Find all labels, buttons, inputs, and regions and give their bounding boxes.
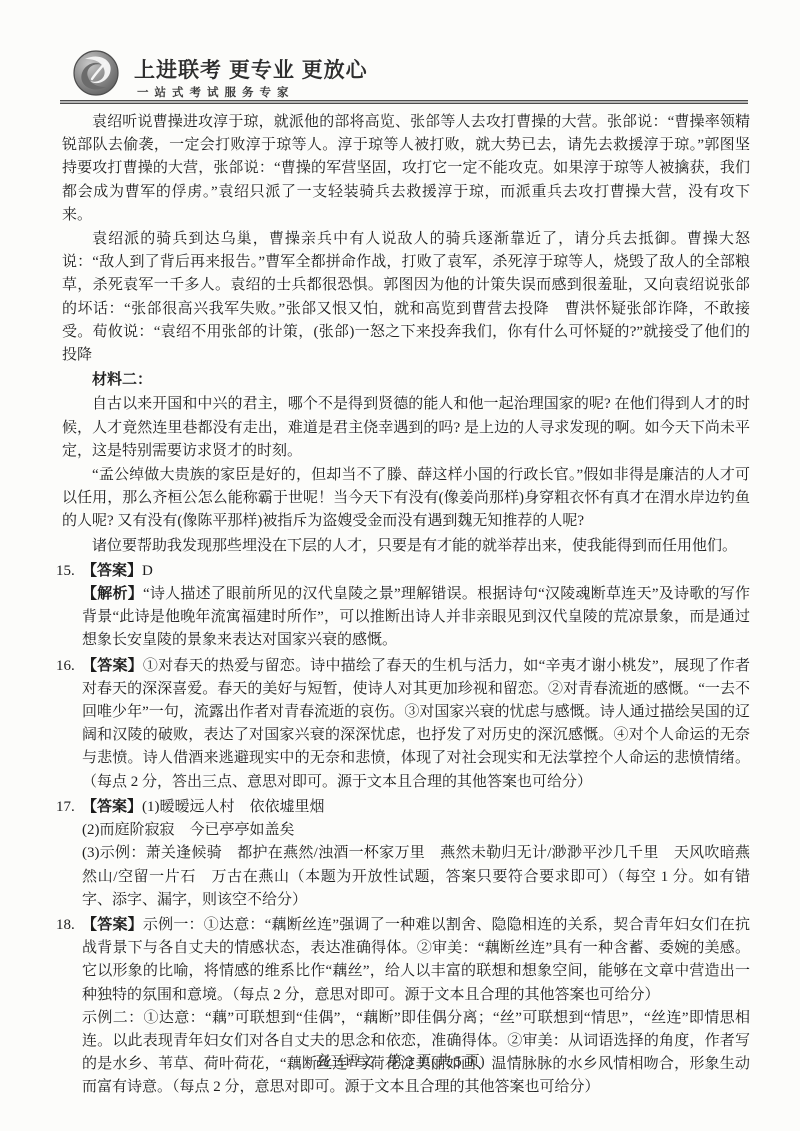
translation-paragraph-4: “孟公绰做大贵族的家臣是好的，但却当不了滕、薛这样小国的行政长官。”假如非得是廉… bbox=[62, 464, 750, 534]
answer-item-18: 18. 【答案】示例一：①达意：“藕断丝连”强调了一种难以割舍、隐隐相连的关系，… bbox=[56, 914, 750, 1100]
example-1-line: 【答案】示例一：①达意：“藕断丝连”强调了一种难以割舍、隐隐相连的关系，契合青年… bbox=[82, 914, 750, 1007]
answer-item-15: 15. 【答案】D 【解析】“诗人描述了眼前所见的汉代皇陵之景”理解错误。根据诗… bbox=[56, 560, 750, 653]
document-body: 袁绍听说曹操进攻淳于琼，就派他的部将高览、张郃等人去攻打曹操的大营。张郃说：“曹… bbox=[62, 111, 750, 1100]
analysis-text: “诗人描述了眼前所见的汉代皇陵之景”理解错误。根据诗句“汉陵魂断草连天”及诗歌的… bbox=[82, 586, 750, 648]
header-divider bbox=[60, 100, 748, 104]
page-footer: 高三语文 第 3 页(共 5 页) bbox=[0, 1050, 800, 1071]
translation-paragraph-5: 诸位要帮助我发现那些埋没在下层的人才，只要是有才能的就举荐出来，使我能得到而任用… bbox=[62, 535, 750, 558]
example-1-text: 示例一：①达意：“藕断丝连”强调了一种难以割舍、隐隐相连的关系，契合青年妇女们在… bbox=[82, 917, 750, 1003]
question-number: 17. bbox=[56, 796, 75, 819]
blank-answer-1: (1)暧暧远人村 依依墟里烟 bbox=[142, 799, 325, 815]
translation-paragraph-1: 袁绍听说曹操进攻淳于琼，就派他的部将高览、张郃等人去攻打曹操的大营。张郃说：“曹… bbox=[62, 111, 750, 227]
material-2-label: 材料二： bbox=[62, 369, 750, 392]
analysis-label: 【解析】 bbox=[82, 586, 143, 602]
question-number: 16. bbox=[56, 655, 75, 678]
answer-line-1: 【答案】(1)暧暧远人村 依依墟里烟 bbox=[82, 796, 750, 819]
translation-paragraph-2: 袁绍派的骑兵到达乌巢，曹操亲兵中有人说敌人的骑兵逐渐靠近了，请分兵去抵御。曹操大… bbox=[62, 228, 750, 367]
answer-text: ①对春天的热爱与留恋。诗中描绘了春天的生机与活力，如“辛夷才谢小桃发”，展现了作… bbox=[82, 658, 750, 790]
brand-swirl-logo-icon bbox=[72, 49, 120, 97]
answer-line-3: (3)示例：萧关逢候骑 都护在燕然/浊酒一杯家万里 燕然未勒归无计/渺渺平沙几千… bbox=[82, 842, 750, 912]
answer-item-16: 16. 【答案】①对春天的热爱与留恋。诗中描绘了春天的生机与活力，如“辛夷才谢小… bbox=[56, 655, 750, 794]
analysis-line: 【解析】“诗人描述了眼前所见的汉代皇陵之景”理解错误。根据诗句“汉陵魂断草连天”… bbox=[82, 583, 750, 653]
answer-line: 【答案】D bbox=[82, 560, 750, 583]
answer-choice: D bbox=[142, 563, 153, 579]
answer-item-17: 17. 【答案】(1)暧暧远人村 依依墟里烟 (2)而庭阶寂寂 今已亭亭如盖矣 … bbox=[56, 796, 750, 912]
answer-label: 【答案】 bbox=[82, 563, 142, 579]
answer-label: 【答案】 bbox=[82, 917, 143, 933]
answer-label: 【答案】 bbox=[82, 658, 143, 674]
brand-title: 上进联考 更专业 更放心 bbox=[134, 54, 368, 84]
question-number: 15. bbox=[56, 560, 75, 583]
answer-line: 【答案】①对春天的热爱与留恋。诗中描绘了春天的生机与活力，如“辛夷才谢小桃发”，… bbox=[82, 655, 750, 794]
translation-paragraph-3: 自古以来开国和中兴的君主，哪个不是得到贤德的能人和他一起治理国家的呢? 在他们得… bbox=[62, 393, 750, 463]
exam-answer-page: 上进联考 更专业 更放心 一站式考试服务专家 袁绍听说曹操进攻淳于琼，就派他的部… bbox=[0, 0, 800, 1131]
answer-label: 【答案】 bbox=[82, 799, 142, 815]
question-number: 18. bbox=[56, 914, 75, 937]
brand-subtitle: 一站式考试服务专家 bbox=[137, 84, 295, 100]
answer-line-2: (2)而庭阶寂寂 今已亭亭如盖矣 bbox=[82, 819, 750, 842]
